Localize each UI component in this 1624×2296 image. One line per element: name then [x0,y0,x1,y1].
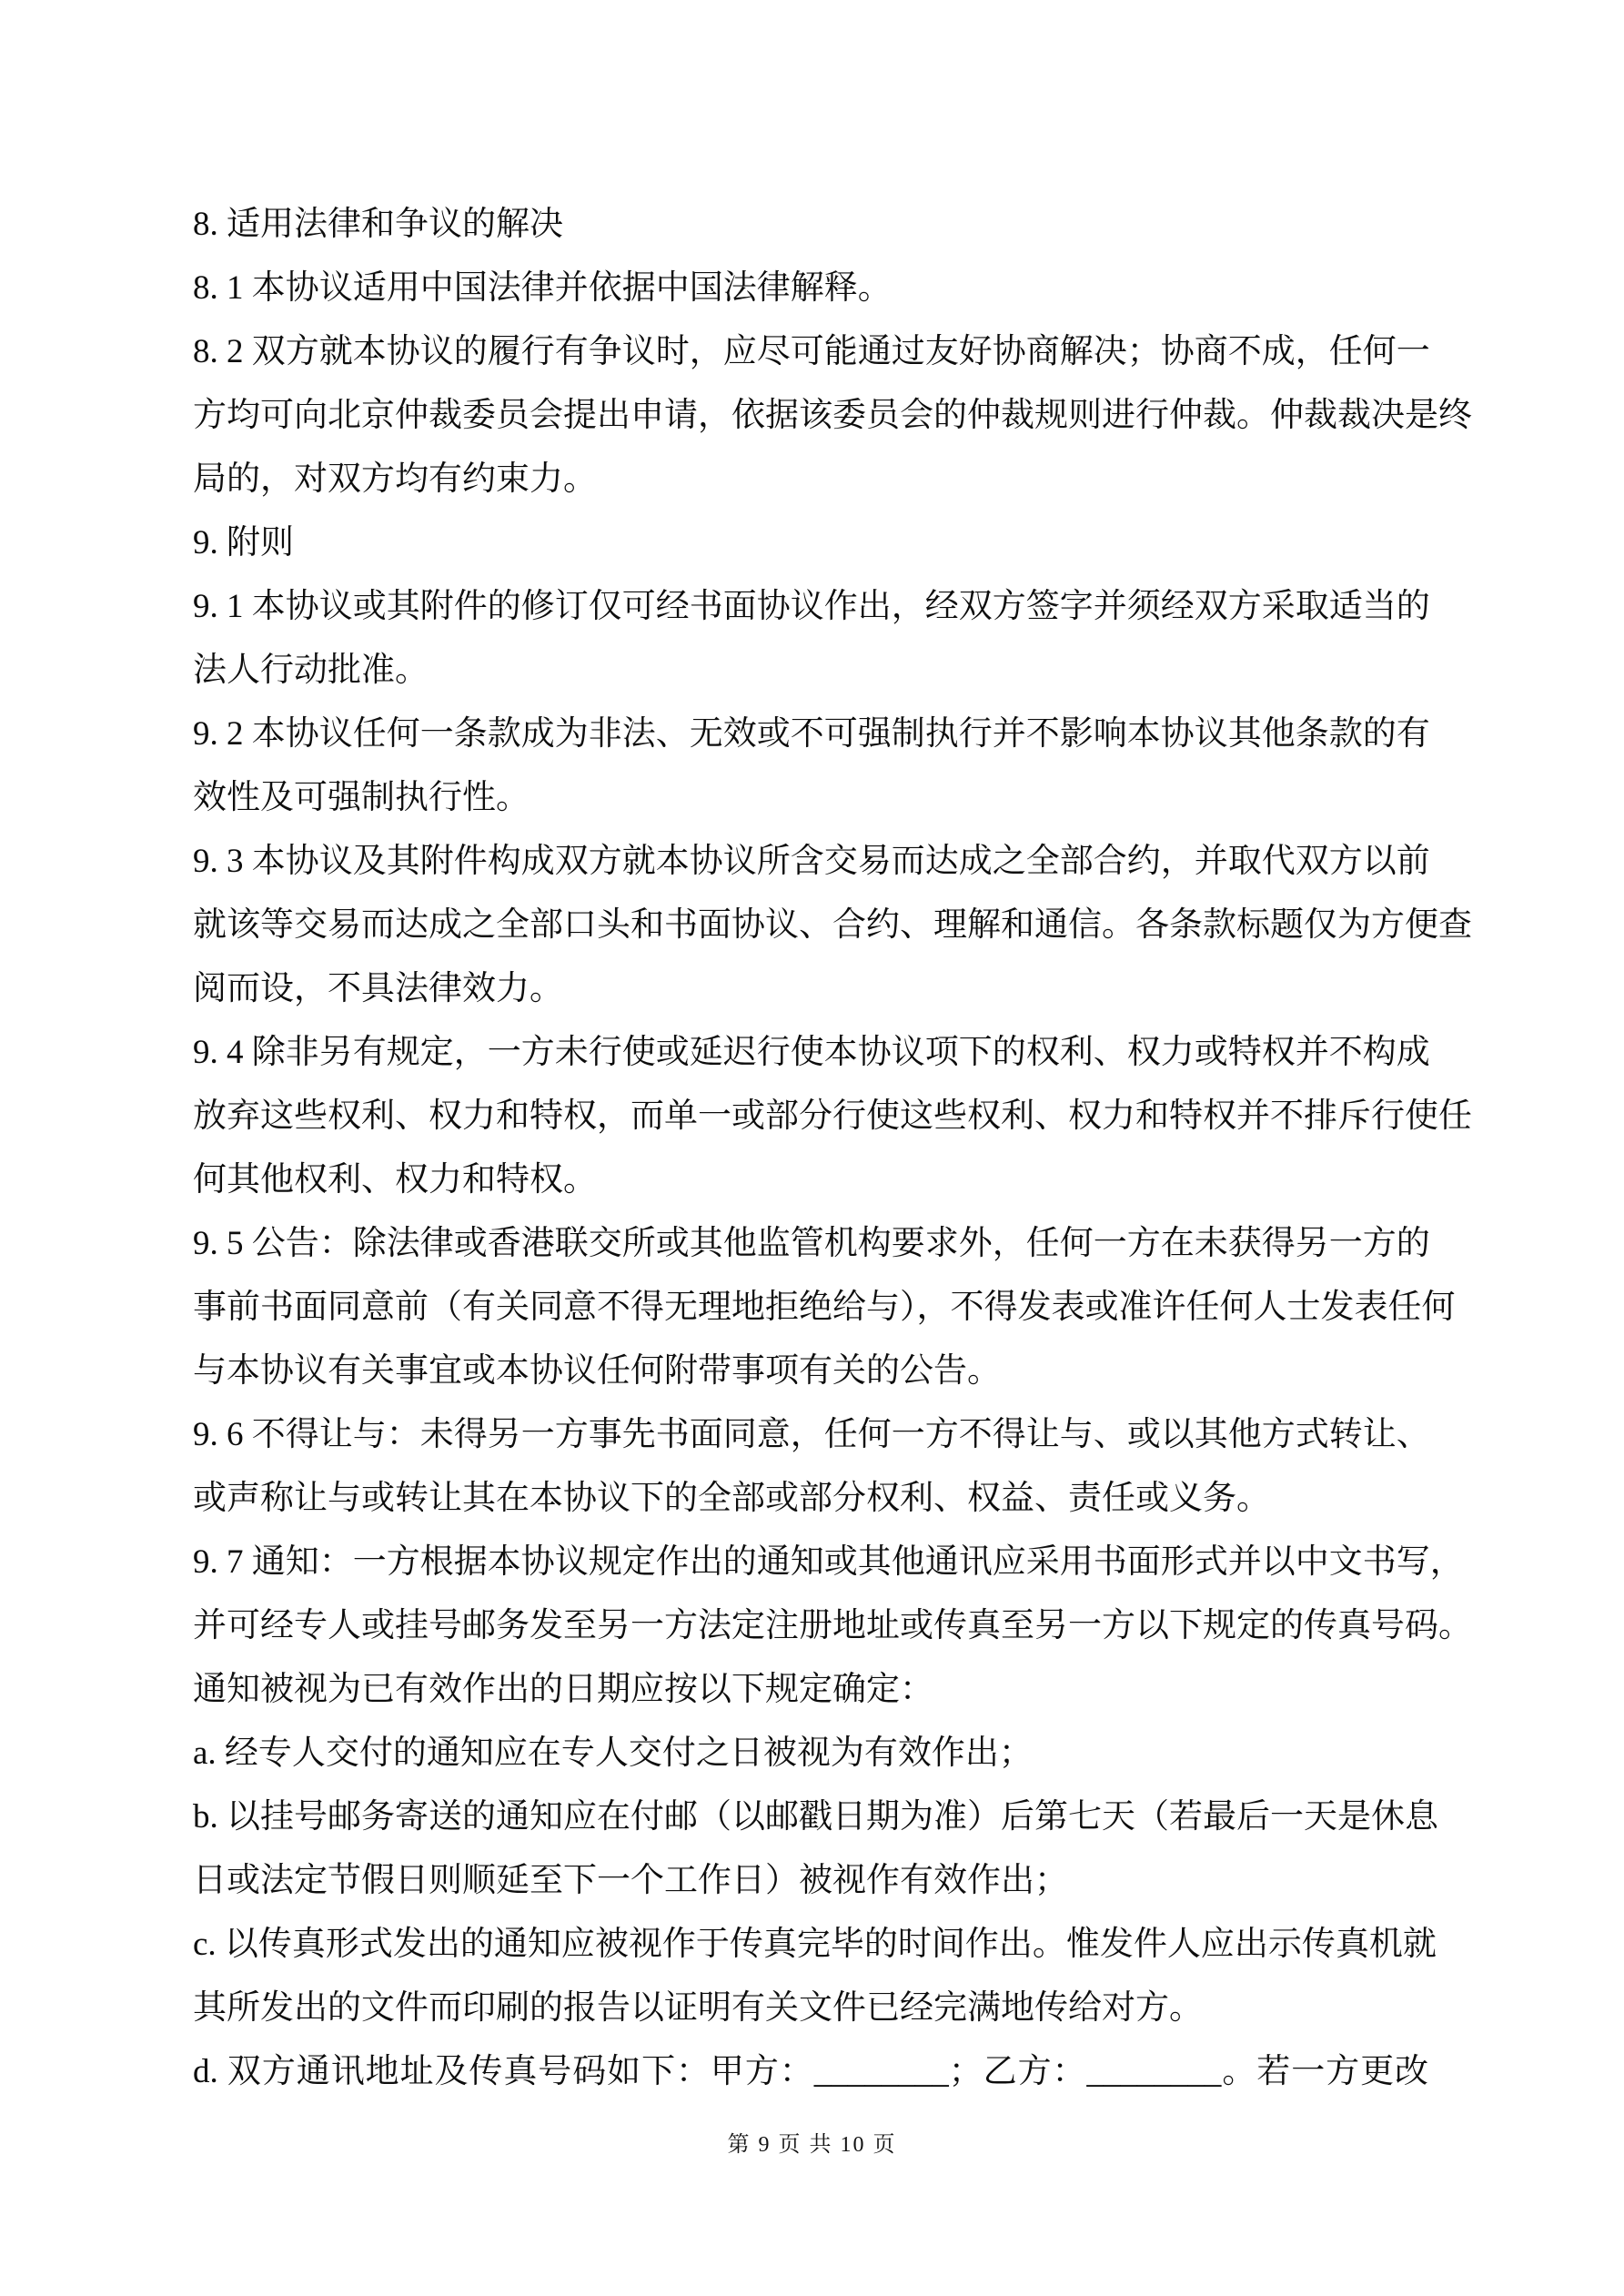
clause-9-3: 9. 3 本协议及其附件构成双方就本协议所含交易而达成之全部合约，并取代双方以前… [193,830,1428,1021]
text-line: 9. 4 除非另有规定，一方未行使或延迟行使本协议项下的权利、权力或特权并不构成 [193,1021,1428,1085]
text-line: 9. 3 本协议及其附件构成双方就本协议所含交易而达成之全部合约，并取代双方以前 [193,830,1428,894]
clause-9-2: 9. 2 本协议任何一条款成为非法、无效或不可强制执行并不影响本协议其他条款的有… [193,703,1428,830]
clause-8-heading: 8. 适用法律和争议的解决 [193,193,1428,257]
document-page: 8. 适用法律和争议的解决8. 1 本协议适用中国法律并依据中国法律解释。8. … [0,0,1624,2296]
page-footer: 第 9 页 共 10 页 [0,2126,1624,2158]
text-line: b. 以挂号邮务寄送的通知应在付邮（以邮戳日期为准）后第七天（若最后一天是休息 [193,1785,1428,1849]
text-line: 阅而设，不具法律效力。 [193,957,1428,1021]
page-number-label: 第 9 页 共 10 页 [728,2133,897,2157]
clause-9-heading: 9. 附则 [193,511,1428,575]
text-line: 何其他权利、权力和特权。 [193,1148,1428,1212]
notice-item-b: b. 以挂号邮务寄送的通知应在付邮（以邮戳日期为准）后第七天（若最后一天是休息日… [193,1785,1428,1913]
contract-body: 8. 适用法律和争议的解决8. 1 本协议适用中国法律并依据中国法律解释。8. … [193,193,1428,2104]
clause-9-1: 9. 1 本协议或其附件的修订仅可经书面协议作出，经双方签字并须经双方采取适当的… [193,575,1428,703]
text-line: 9. 附则 [193,511,1428,575]
text-line: 9. 7 通知：一方根据本协议规定作出的通知或其他通讯应采用书面形式并以中文书写… [193,1531,1428,1594]
text-line: a. 经专人交付的通知应在专人交付之日被视为有效作出； [193,1722,1428,1785]
clause-8-2: 8. 2 双方就本协议的履行有争议时，应尽可能通过友好协商解决；协商不成，任何一… [193,320,1428,511]
text-line: 8. 2 双方就本协议的履行有争议时，应尽可能通过友好协商解决；协商不成，任何一 [193,320,1428,384]
clause-9-5: 9. 5 公告：除法律或香港联交所或其他监管机构要求外，任何一方在未获得另一方的… [193,1212,1428,1403]
clause-9-7: 9. 7 通知：一方根据本协议规定作出的通知或其他通讯应采用书面形式并以中文书写… [193,1531,1428,1722]
text-line: 方均可向北京仲裁委员会提出申请，依据该委员会的仲裁规则进行仲裁。仲裁裁决是终 [193,384,1428,448]
clause-9-6: 9. 6 不得让与：未得另一方事先书面同意，任何一方不得让与、或以其他方式转让、… [193,1403,1428,1531]
text-line: 或声称让与或转让其在本协议下的全部或部分权利、权益、责任或义务。 [193,1467,1428,1531]
clause-9-4: 9. 4 除非另有规定，一方未行使或延迟行使本协议项下的权利、权力或特权并不构成… [193,1021,1428,1212]
text-line: 9. 6 不得让与：未得另一方事先书面同意，任何一方不得让与、或以其他方式转让、 [193,1403,1428,1467]
text-line: c. 以传真形式发出的通知应被视作于传真完毕的时间作出。惟发件人应出示传真机就 [193,1913,1428,1977]
text-line: 8. 适用法律和争议的解决 [193,193,1428,257]
text-line: 通知被视为已有效作出的日期应按以下规定确定： [193,1658,1428,1722]
text-line: 法人行动批准。 [193,639,1428,703]
text-line: 其所发出的文件而印刷的报告以证明有关文件已经完满地传给对方。 [193,1977,1428,2040]
text-line: 并可经专人或挂号邮务发至另一方法定注册地址或传真至另一方以下规定的传真号码。 [193,1594,1428,1658]
notice-item-c: c. 以传真形式发出的通知应被视作于传真完毕的时间作出。惟发件人应出示传真机就其… [193,1913,1428,2040]
text-line: 9. 1 本协议或其附件的修订仅可经书面协议作出，经双方签字并须经双方采取适当的 [193,575,1428,639]
text-line: 局的，对双方均有约束力。 [193,448,1428,511]
text-line: 9. 5 公告：除法律或香港联交所或其他监管机构要求外，任何一方在未获得另一方的 [193,1212,1428,1276]
text-line: 效性及可强制执行性。 [193,766,1428,830]
text-line: d. 双方通讯地址及传真号码如下：甲方：________；乙方：________… [193,2040,1428,2104]
clause-8-1: 8. 1 本协议适用中国法律并依据中国法律解释。 [193,257,1428,320]
text-line: 放弃这些权利、权力和特权，而单一或部分行使这些权利、权力和特权并不排斥行使任 [193,1085,1428,1148]
text-line: 就该等交易而达成之全部口头和书面协议、合约、理解和通信。各条款标题仅为方便查 [193,894,1428,957]
text-line: 9. 2 本协议任何一条款成为非法、无效或不可强制执行并不影响本协议其他条款的有 [193,703,1428,766]
text-line: 事前书面同意前（有关同意不得无理地拒绝给与），不得发表或准许任何人士发表任何 [193,1276,1428,1340]
text-line: 与本协议有关事宜或本协议任何附带事项有关的公告。 [193,1340,1428,1403]
notice-item-a: a. 经专人交付的通知应在专人交付之日被视为有效作出； [193,1722,1428,1785]
notice-item-d: d. 双方通讯地址及传真号码如下：甲方：________；乙方：________… [193,2040,1428,2104]
text-line: 日或法定节假日则顺延至下一个工作日）被视作有效作出； [193,1849,1428,1913]
text-line: 8. 1 本协议适用中国法律并依据中国法律解释。 [193,257,1428,320]
